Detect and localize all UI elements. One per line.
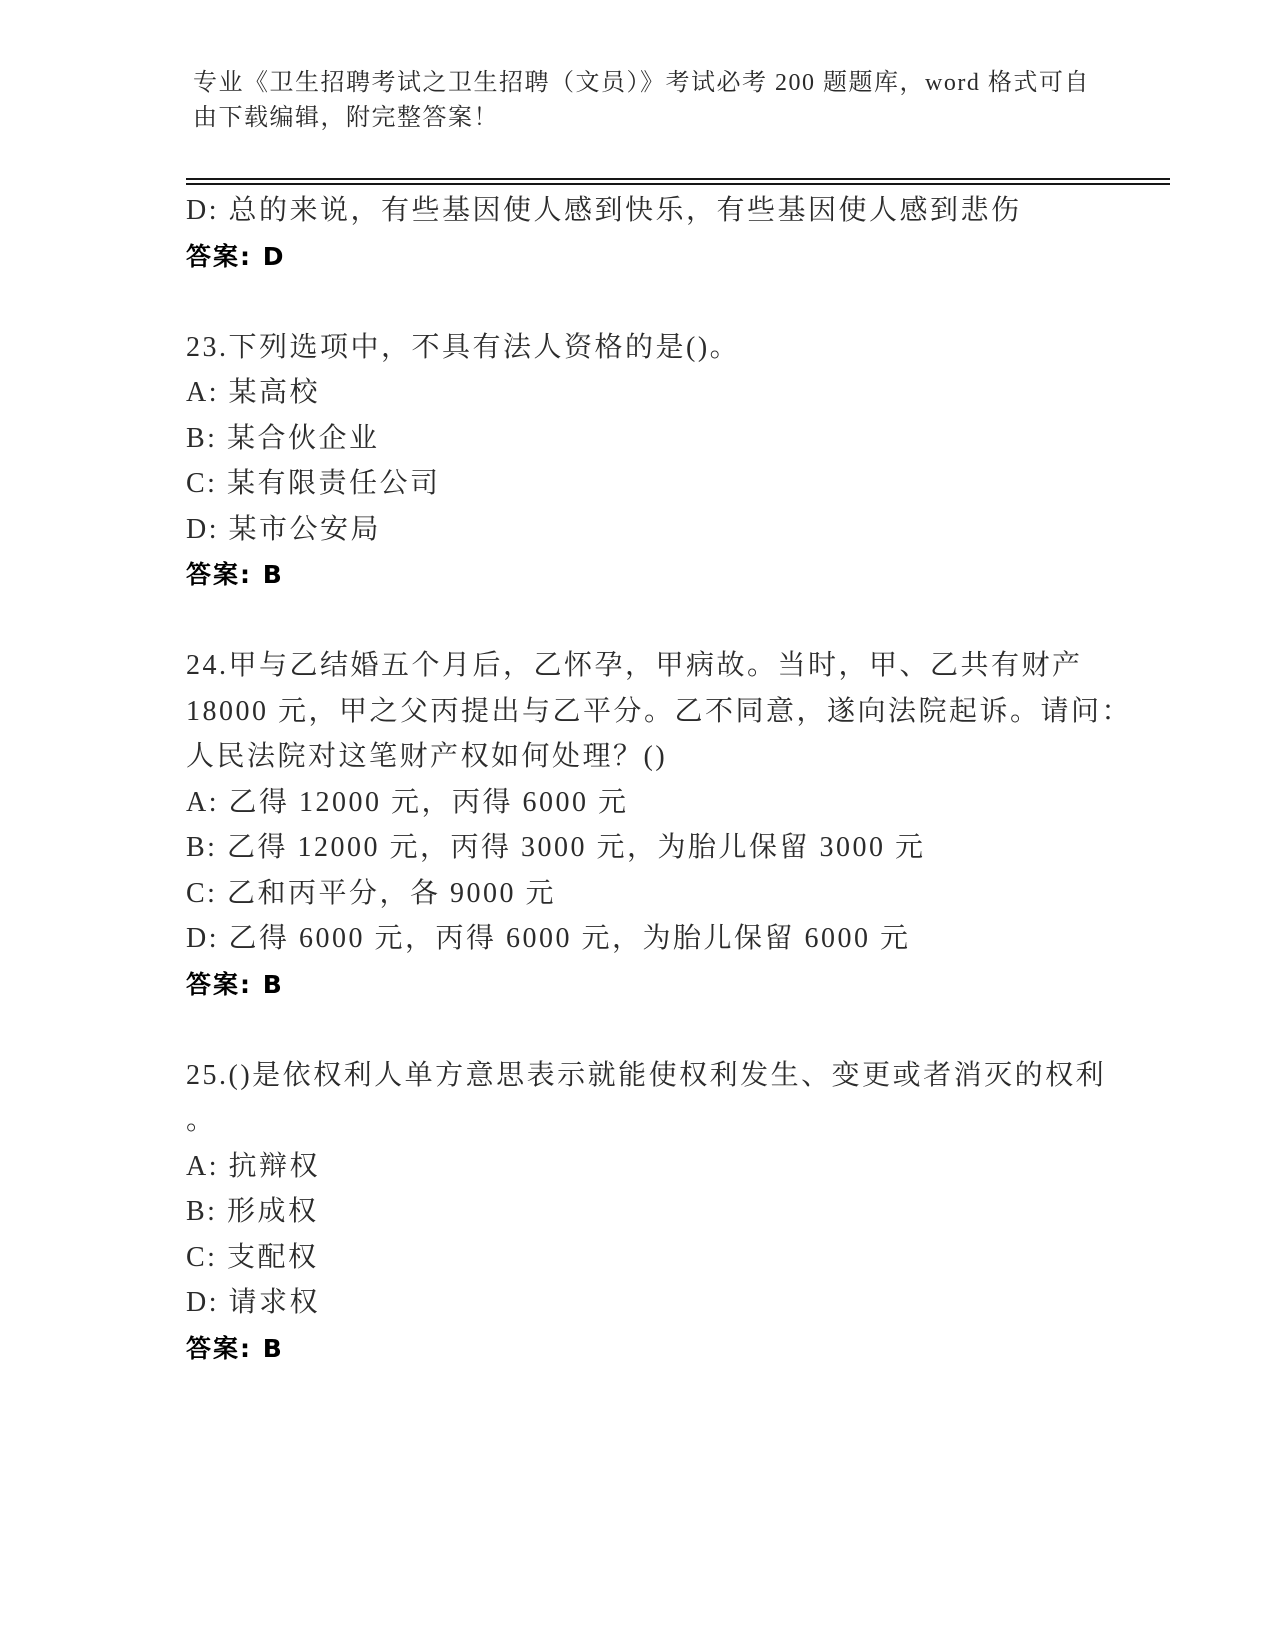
option-line: B: 乙得 12000 元，丙得 3000 元，为胎儿保留 3000 元 — [186, 825, 1170, 871]
option-line: D: 乙得 6000 元，丙得 6000 元，为胎儿保留 6000 元 — [186, 916, 1170, 962]
page-header: 专业《卫生招聘考试之卫生招聘（文员）》考试必考 200 题题库，word 格式可… — [186, 66, 1170, 185]
question-stem-line: 。 — [186, 1098, 1170, 1144]
option-line: B: 形成权 — [186, 1189, 1170, 1235]
question-stem-line: 18000 元，甲之父丙提出与乙平分。乙不同意，遂向法院起诉。请问： — [186, 689, 1170, 735]
question-23: 23.下列选项中，不具有法人资格的是()。 A: 某高校 B: 某合伙企业 C:… — [186, 325, 1170, 598]
option-line: D: 某市公安局 — [186, 507, 1170, 553]
answer-line: 答案: D — [186, 234, 1170, 280]
option-line: A: 乙得 12000 元，丙得 6000 元 — [186, 780, 1170, 826]
document-page: 专业《卫生招聘考试之卫生招聘（文员）》考试必考 200 题题库，word 格式可… — [0, 0, 1275, 1650]
question-25: 25.()是依权利人单方意思表示就能使权利发生、变更或者消灭的权利 。 A: 抗… — [186, 1053, 1170, 1372]
header-line: 专业《卫生招聘考试之卫生招聘（文员）》考试必考 200 题题库，word 格式可… — [193, 66, 1170, 101]
option-line: B: 某合伙企业 — [186, 416, 1170, 462]
question-stem-line: 25.()是依权利人单方意思表示就能使权利发生、变更或者消灭的权利 — [186, 1053, 1170, 1099]
question-stem-line: 23.下列选项中，不具有法人资格的是()。 — [186, 325, 1170, 371]
option-line: D: 请求权 — [186, 1280, 1170, 1326]
option-line: A: 抗辩权 — [186, 1144, 1170, 1190]
carryover-question-tail: D: 总的来说，有些基因使人感到快乐，有些基因使人感到悲伤 答案: D — [186, 188, 1170, 279]
option-line: C: 某有限责任公司 — [186, 461, 1170, 507]
header-line: 由下载编辑，附完整答案！ — [193, 101, 1170, 136]
document-body: D: 总的来说，有些基因使人感到快乐，有些基因使人感到悲伤 答案: D 23.下… — [186, 185, 1170, 1371]
answer-line: 答案: B — [186, 1326, 1170, 1372]
option-line: D: 总的来说，有些基因使人感到快乐，有些基因使人感到悲伤 — [186, 188, 1170, 234]
question-24: 24.甲与乙结婚五个月后，乙怀孕，甲病故。当时，甲、乙共有财产 18000 元，… — [186, 643, 1170, 1007]
option-line: C: 乙和丙平分，各 9000 元 — [186, 871, 1170, 917]
answer-line: 答案: B — [186, 962, 1170, 1008]
option-line: C: 支配权 — [186, 1235, 1170, 1281]
question-stem-line: 24.甲与乙结婚五个月后，乙怀孕，甲病故。当时，甲、乙共有财产 — [186, 643, 1170, 689]
question-stem-line: 人民法院对这笔财产权如何处理？() — [186, 734, 1170, 780]
option-line: A: 某高校 — [186, 370, 1170, 416]
answer-line: 答案: B — [186, 552, 1170, 598]
